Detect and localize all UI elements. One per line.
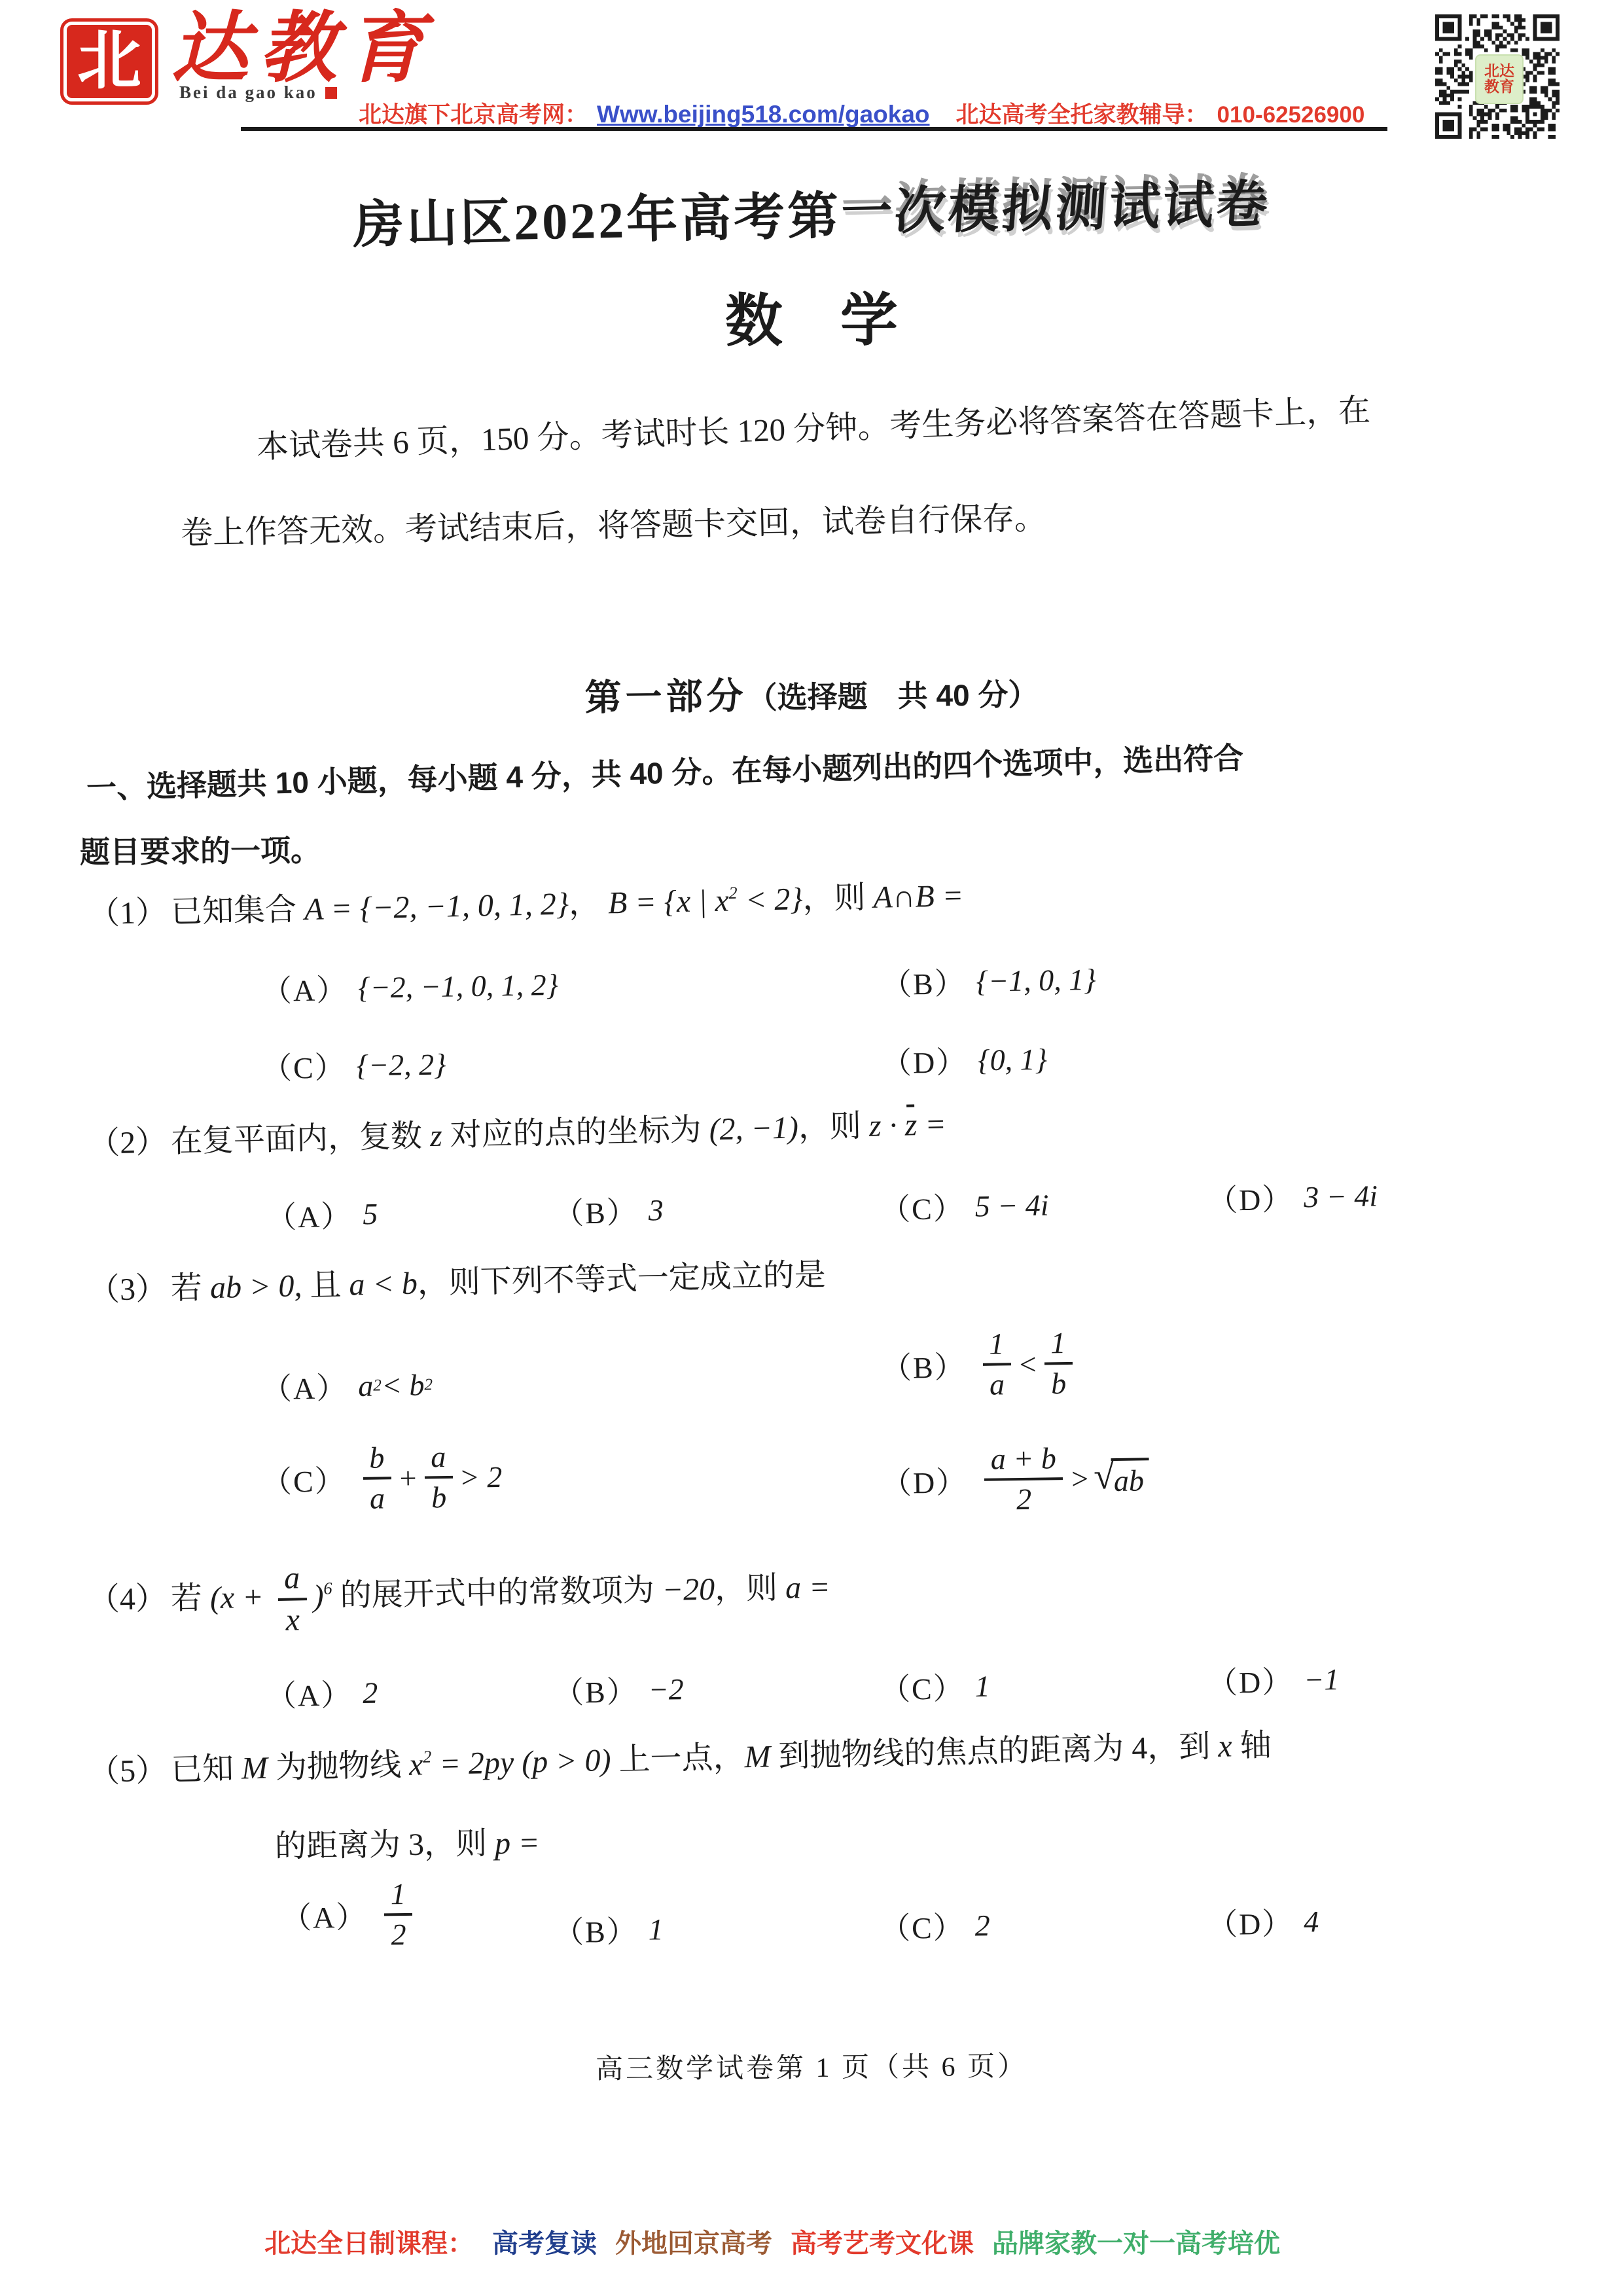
option-label: （B）	[554, 1668, 639, 1712]
site-label: 北达旗下北京高考网：	[359, 97, 588, 130]
brand-red-square	[325, 87, 337, 99]
fraction: 12	[384, 1878, 413, 1951]
part1-heading-paren: （选择题 共 40 分）	[747, 677, 1038, 715]
option-label: （D）	[882, 1038, 968, 1083]
text-run: ，则	[715, 1571, 786, 1607]
option-label: （C）	[880, 1904, 965, 1948]
intro-line-1-text: 本试卷共 6 页，150 分。考试时长 120 分钟。考生务必将答案答在答题卡上…	[256, 392, 1371, 465]
option-A: （A）2	[266, 1671, 378, 1715]
option-D: （D）−1	[1207, 1657, 1340, 1702]
option-B: （B）1	[554, 1907, 664, 1952]
option-D: （D）4	[1207, 1899, 1319, 1944]
math-run: 5 − 4i	[974, 1187, 1049, 1223]
math-run: 4	[1304, 1904, 1319, 1939]
text-run: 轴	[1232, 1728, 1272, 1763]
option-A: （A）12	[281, 1878, 419, 1952]
math-run: 2	[363, 1675, 378, 1710]
math-run: 1	[974, 1668, 990, 1703]
option-label: （D）	[1207, 1175, 1293, 1220]
fraction-numerator: a	[424, 1441, 453, 1479]
header-divider	[241, 127, 1387, 131]
math-run: 2	[974, 1908, 990, 1943]
overbar-variable: z	[904, 1107, 918, 1143]
math-run: A = {−2, −1, 0, 1, 2}	[304, 887, 569, 927]
math-run: >	[1069, 1461, 1090, 1496]
math-run: z	[429, 1119, 442, 1153]
text-run: 已知	[170, 1751, 241, 1787]
question-stem: （5）已知 M 为抛物线 x2 = 2py (p > 0) 上一点，M 到抛物线…	[88, 1719, 1272, 1791]
fraction-denominator: b	[1044, 1365, 1073, 1400]
intro-line-2: 卷上作答无效。考试结束后，将答题卡交回，试卷自行保存。	[180, 493, 1046, 554]
option-B: （B）3	[553, 1188, 664, 1233]
math-run: A∩B =	[873, 878, 964, 915]
page-footer: 高三数学试卷第 1 页（共 6 页）	[0, 2040, 1623, 2090]
superscript: 6	[323, 1578, 332, 1598]
fraction-numerator: a	[277, 1562, 307, 1601]
option-C: （C）5 − 4i	[880, 1183, 1049, 1229]
qr-label-line2: 教育	[1484, 79, 1514, 95]
option-label: （A）	[281, 1893, 368, 1937]
math-run: {−1, 0, 1}	[976, 961, 1096, 998]
text-run: 到抛物线的焦点的距离为 4，到	[770, 1729, 1219, 1774]
math-run: a	[358, 1368, 374, 1403]
option-B: （B）{−1, 0, 1}	[881, 958, 1096, 1004]
math-run: <	[1017, 1346, 1038, 1381]
text-run: 为抛物线	[267, 1748, 409, 1785]
text-run: 在复平面内，复数	[170, 1119, 430, 1159]
math-run: x	[1218, 1729, 1233, 1763]
fraction: ax	[277, 1562, 308, 1638]
header-info-line: 北达旗下北京高考网： Www.beijing518.com/gaokao 北达高…	[359, 97, 1364, 130]
math-run: > 2	[459, 1460, 502, 1495]
question-number: （3）	[88, 1271, 168, 1308]
brand-seal-logo: 北	[60, 18, 158, 105]
fraction-denominator: x	[279, 1601, 306, 1638]
math-run: z ·	[868, 1108, 905, 1143]
option-label: （A）	[266, 1671, 353, 1715]
math-run: −2	[648, 1672, 684, 1707]
text-run: 已知集合	[171, 892, 305, 929]
superscript: 2	[728, 883, 738, 903]
fraction-numerator: 1	[982, 1328, 1011, 1366]
option-label: （D）	[1207, 1900, 1294, 1944]
fraction-denominator: 2	[1010, 1480, 1039, 1516]
site-link[interactable]: Www.beijing518.com/gaokao	[597, 101, 930, 128]
option-A: （A）a2 < b2	[262, 1363, 433, 1408]
math-run: M	[241, 1751, 268, 1786]
text-run: 若	[171, 1270, 211, 1306]
option-B: （B）−2	[554, 1667, 685, 1712]
option-label: （B）	[882, 1344, 967, 1388]
option-C: （C）1	[880, 1664, 991, 1709]
option-label: （C）	[880, 1185, 965, 1229]
text-run: ，则	[798, 1109, 869, 1145]
fraction-numerator: 1	[384, 1878, 413, 1916]
radical-sign: √	[1094, 1461, 1115, 1493]
math-run: = 2py (p > 0)	[431, 1743, 611, 1782]
fraction-denominator: 2	[384, 1916, 413, 1951]
option-label: （C）	[880, 1664, 965, 1709]
text-run: 的距离为 3，则	[275, 1826, 495, 1864]
text-run: ，则	[802, 880, 874, 916]
question-number: （4）	[88, 1581, 167, 1617]
fraction: 1b	[1044, 1327, 1073, 1400]
math-run: x	[408, 1747, 423, 1782]
banner-item-4: 品牌家教一对一高考培优	[992, 2229, 1280, 2258]
option-C: （C）ba + ab > 2	[261, 1441, 503, 1516]
tutoring-label: 北达高考全托家教辅导：	[956, 97, 1208, 130]
text-run: 的展开式中的常数项为	[332, 1573, 662, 1613]
fraction: ab	[424, 1441, 454, 1514]
scanned-exam-page: 北 达教育 Bei da gao kao 北达旗下北京高考网： Www.beij…	[0, 0, 1623, 2296]
math-run: {−2, 2}	[356, 1047, 446, 1083]
brand-calligraphy: 达教育	[171, 7, 435, 92]
question-stem: （2）在复平面内，复数 z 对应的点的坐标为 (2, −1)，则 z · z =	[88, 1098, 946, 1163]
option-label: （C）	[262, 1458, 347, 1502]
part1-heading-main: 第一部分	[584, 675, 747, 718]
fraction-numerator: a + b	[984, 1443, 1063, 1481]
option-A: （A）5	[266, 1192, 378, 1237]
option-label: （A）	[261, 966, 348, 1011]
seal-character: 北	[77, 29, 141, 94]
math-run: −1	[1304, 1662, 1340, 1697]
question-number: （5）	[88, 1753, 168, 1789]
intro-clipped-char: 试	[1370, 384, 1388, 431]
math-run: 1	[648, 1912, 664, 1946]
radicand: ab	[1111, 1458, 1149, 1498]
part1-heading: 第一部分（选择题 共 40 分）	[0, 656, 1623, 728]
option-label: （C）	[262, 1043, 346, 1088]
text-run: 上一点，	[611, 1740, 745, 1778]
option-A: （A）{−2, −1, 0, 1, 2}	[261, 963, 558, 1011]
text-run: 对应的点的坐标为	[442, 1112, 709, 1153]
banner-item-3: 高考艺考文化课	[791, 2229, 974, 2258]
brand-tagline: Bei da gao kao	[179, 82, 337, 103]
math-run: (2, −1)	[709, 1110, 799, 1147]
math-run: {−2, −1, 0, 1, 2}	[358, 967, 559, 1005]
fraction-numerator: 1	[1044, 1327, 1073, 1365]
math-run: p =	[495, 1825, 540, 1861]
option-label: （D）	[882, 1458, 968, 1503]
fraction-denominator: a	[983, 1366, 1012, 1401]
brand-tagline-text: Bei da gao kao	[179, 82, 317, 103]
math-run: 5	[363, 1196, 378, 1231]
option-C: （C）2	[880, 1903, 990, 1948]
math-run: < 2}	[737, 882, 803, 918]
superscript: 2	[423, 1747, 432, 1767]
text-run: ，则下列不等式一定成立的是	[417, 1257, 826, 1300]
question-stem: （1）已知集合 A = {−2, −1, 0, 1, 2}， B = {x | …	[88, 870, 963, 933]
math-run: < b	[382, 1367, 425, 1403]
math-run: +	[397, 1460, 418, 1495]
option-label: （D）	[1207, 1658, 1294, 1702]
math-run: (x +	[209, 1580, 272, 1616]
option-label: （A）	[266, 1193, 352, 1237]
math-run: −20	[662, 1572, 715, 1607]
math-run: ab > 0,	[210, 1268, 302, 1305]
question-stem: （4）若 (x + ax)6 的展开式中的常数项为 −20，则 a =	[88, 1552, 831, 1641]
option-D: （D）{0, 1}	[882, 1037, 1048, 1083]
qr-code: 北达 教育	[1432, 14, 1563, 139]
option-label: （B）	[554, 1908, 638, 1952]
option-label: （A）	[262, 1364, 348, 1408]
text-run: 若	[170, 1581, 210, 1616]
option-D: （D）3 − 4i	[1207, 1174, 1378, 1220]
option-label: （B）	[881, 960, 966, 1004]
fraction: 1a	[982, 1328, 1012, 1401]
option-D: （D）a + b2 > √ab	[881, 1441, 1149, 1517]
question-number: （1）	[88, 895, 168, 931]
fraction: a + b2	[984, 1443, 1063, 1516]
subject-title: 数 学	[0, 271, 1623, 362]
question-stem: （3）若 ab > 0, 且 a < b，则下列不等式一定成立的是	[88, 1249, 826, 1310]
math-run: 3 − 4i	[1304, 1178, 1378, 1214]
option-C: （C）{−2, 2}	[262, 1043, 446, 1088]
exam-title: 房山区2022年高考第一次模拟测试试卷	[0, 160, 1623, 264]
bottom-banner: 北达全日制课程：高考复读外地回京高考高考艺考文化课品牌家教一对一高考培优	[264, 2223, 1298, 2260]
exam-title-part2: 一次模拟测试试卷	[839, 163, 1274, 245]
math-run: )	[313, 1579, 324, 1613]
math-run: {0, 1}	[978, 1041, 1047, 1077]
fraction-denominator: a	[363, 1480, 392, 1515]
exam-title-part1: 房山区2022年高考第	[352, 187, 842, 253]
banner-item-1: 高考复读	[492, 2229, 597, 2258]
square-root: √ab	[1094, 1458, 1149, 1498]
math-run: a < b	[349, 1266, 418, 1302]
option-B: （B）1a < 1b	[881, 1327, 1079, 1403]
text-run: 且	[302, 1268, 349, 1303]
math-run: M	[744, 1739, 771, 1774]
question-stem-continued: 的距离为 3，则 p =	[275, 1817, 540, 1866]
question-number: （2）	[88, 1124, 168, 1161]
math-run: B = {x | x	[607, 884, 729, 921]
math-run: =	[917, 1107, 947, 1142]
qr-label-line1: 北达	[1484, 63, 1514, 79]
math-run: 3	[648, 1193, 664, 1227]
qr-center-label: 北达 教育	[1475, 54, 1524, 104]
text-run: ，	[568, 886, 608, 921]
fraction-denominator: b	[425, 1479, 454, 1514]
phone-number: 010-62526900	[1217, 102, 1365, 128]
option-label: （B）	[553, 1189, 638, 1233]
banner-label: 北达全日制课程：	[264, 2229, 474, 2258]
banner-item-2: 外地回京高考	[615, 2229, 772, 2258]
instruction-line-1: 一、选择题共 10 小题，每小题 4 分，共 40 分。在每小题列出的四个选项中…	[86, 734, 1244, 808]
intro-line-1: 本试卷共 6 页，150 分。考试时长 120 分钟。考生务必将答案答在答题卡上…	[188, 378, 1563, 470]
instruction-line-2: 题目要求的一项。	[80, 827, 321, 872]
fraction-numerator: b	[363, 1442, 391, 1480]
seal-background: 北	[67, 25, 152, 98]
fraction: ba	[363, 1442, 392, 1515]
math-run: a =	[785, 1570, 830, 1605]
